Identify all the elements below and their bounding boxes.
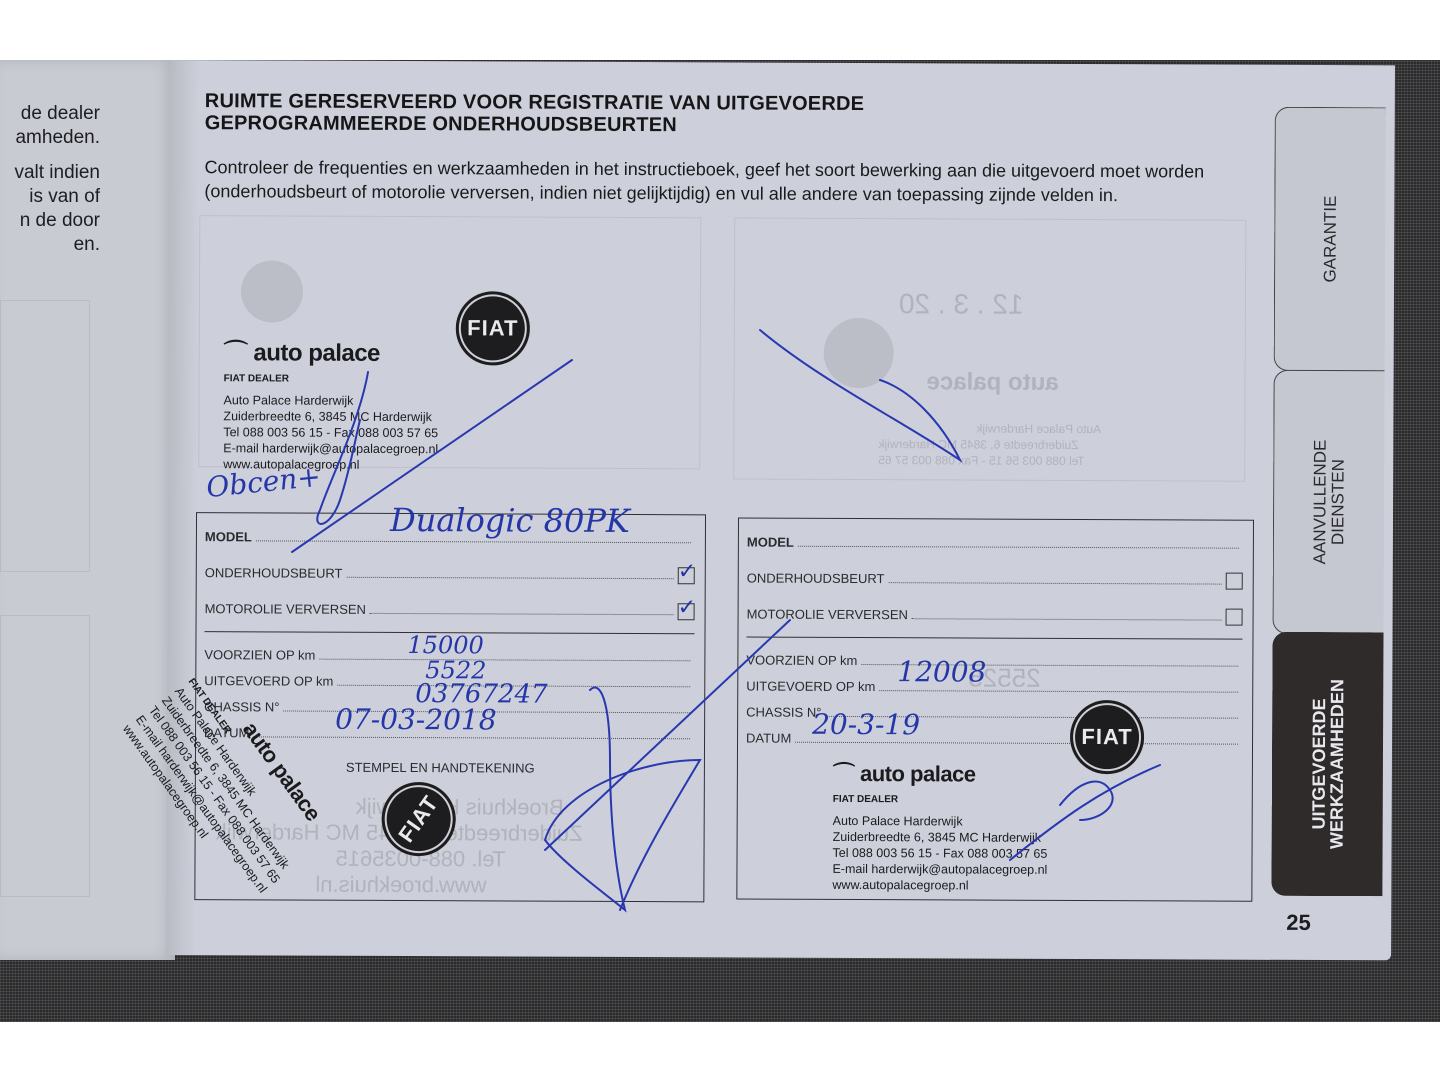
maintenance-row: ONDERHOUDSBEURT <box>747 571 1243 588</box>
dealer-email: E-mail harderwijk@autopalacegroep.nl <box>223 440 438 457</box>
leader-dots <box>370 613 674 615</box>
car-swoosh-icon: ⌒ <box>833 761 860 786</box>
leader-dots <box>888 582 1221 584</box>
dealer-address: Zuiderbreedte 6, 3845 MC Harderwijk <box>223 408 438 425</box>
handwritten-date: 07-03-2018 <box>335 703 497 737</box>
planned-km-label: VOORZIEN OP km <box>746 653 857 668</box>
page-heading: RUIMTE GERESERVEERD VOOR REGISTRATIE VAN… <box>205 90 1005 137</box>
oil-change-label: MOTOROLIE VERVERSEN <box>747 607 908 623</box>
ghost-stamp-brand: auto palace <box>927 368 1059 397</box>
stamp-label-row: STEMPEL EN HANDTEKENING <box>346 760 694 777</box>
ghost-box <box>0 615 90 897</box>
tab-aanvullende-diensten[interactable]: AANVULLENDE DIENSTEN <box>1273 370 1385 634</box>
date-field[interactable] <box>253 736 690 739</box>
model-row: MODEL <box>747 535 1243 552</box>
ghost-stamp-address: Zuiderbreedte 6, 3845 MC Harderwijk <box>878 437 1078 452</box>
dealer-name: Auto Palace Harderwijk <box>223 392 438 409</box>
divider <box>746 637 1242 640</box>
maintenance-row: ONDERHOUDSBEURT <box>205 565 695 582</box>
dealer-tag: FIAT DEALER <box>833 794 1048 806</box>
fiat-logo-faded <box>241 260 303 322</box>
tab-label: UITGEVOERDE WERKZAAMHEDEN <box>1310 679 1347 849</box>
date-field[interactable] <box>795 742 1238 745</box>
performed-km-field[interactable] <box>879 690 1238 693</box>
ghost-box <box>0 300 90 572</box>
handwritten-date: 20-3-19 <box>812 708 920 741</box>
maintenance-checkbox[interactable] <box>1226 573 1243 590</box>
model-label: MODEL <box>747 535 794 550</box>
leader-dots <box>912 618 1222 620</box>
fiat-logo-faded <box>824 318 894 388</box>
tab-label: GARANTIE <box>1321 196 1339 283</box>
handwritten-planned-km: 15000 <box>407 631 483 659</box>
right-page: RUIMTE GERESERVEERD VOOR REGISTRATIE VAN… <box>166 60 1395 960</box>
fiat-logo: FIAT <box>456 291 530 365</box>
stamp-signature-label: STEMPEL EN HANDTEKENING <box>346 760 535 776</box>
tab-label: AANVULLENDE DIENSTEN <box>1311 440 1348 565</box>
dealer-phone: Tel 088 003 56 15 - Fax 088 003 57 65 <box>223 424 438 441</box>
oil-change-row: MOTOROLIE VERVERSEN <box>205 601 695 618</box>
left-paragraph-2: valt indien is van of n de door en. <box>0 161 100 257</box>
fiat-logo-text: FIAT <box>467 315 518 341</box>
maintenance-label: ONDERHOUDSBEURT <box>205 565 343 581</box>
dealer-brand: ⌒ auto palace <box>224 332 439 368</box>
fiat-logo-text: FIAT <box>393 791 444 848</box>
model-field[interactable] <box>798 546 1239 549</box>
oil-change-checkbox[interactable] <box>1226 609 1243 626</box>
left-page: de dealer amheden. valt indien is van of… <box>0 60 175 960</box>
dealer-email: E-mail harderwijk@autopalacegroep.nl <box>832 861 1047 878</box>
maintenance-label: ONDERHOUDSBEURT <box>747 571 885 587</box>
fiat-logo: FIAT <box>1070 700 1144 774</box>
tab-garantie[interactable]: GARANTIE <box>1274 107 1386 371</box>
dealer-tag: FIAT DEALER <box>224 373 439 385</box>
oil-change-checkbox[interactable] <box>678 603 695 620</box>
handwritten-performed-km: 12008 <box>897 655 986 688</box>
left-paragraph-1: de dealer amheden. <box>0 102 100 150</box>
page-number: 25 <box>1286 910 1311 936</box>
dealer-name: Auto Palace Harderwijk <box>833 813 1048 830</box>
ghost-number: 12 . 3 . 20 <box>899 288 1024 321</box>
intro-text: Controleer de frequenties en werkzaamhed… <box>204 155 1254 208</box>
photo: de dealer amheden. valt indien is van of… <box>0 60 1440 1022</box>
date-label: DATUM <box>746 731 791 746</box>
model-field[interactable] <box>256 540 691 543</box>
dealer-phone: Tel 088 003 56 15 - Fax 088 003 57 65 <box>833 845 1048 862</box>
dealer-website: www.autopalacegroep.nl <box>832 877 1047 894</box>
tab-uitgevoerde-werkzaamheden[interactable]: UITGEVOERDE WERKZAAMHEDEN <box>1271 632 1383 896</box>
model-label: MODEL <box>205 529 252 544</box>
ghost-stamp-name: Auto Palace Harderwijk <box>976 422 1101 437</box>
handwritten-model: Dualogic 80PK <box>390 501 630 540</box>
left-page-text: de dealer amheden. valt indien is van of… <box>0 102 100 268</box>
dealer-brand: ⌒ auto palace <box>833 757 1048 789</box>
oil-change-label: MOTOROLIE VERVERSEN <box>205 601 366 617</box>
fiat-logo-text: FIAT <box>1081 724 1132 750</box>
ghost-stamp-phone: Tel 088 003 56 15 - Fax 088 003 57 65 <box>878 453 1084 468</box>
car-swoosh-icon: ⌒ <box>224 339 254 366</box>
planned-km-field[interactable] <box>319 659 690 662</box>
oil-change-row: MOTOROLIE VERVERSEN <box>747 607 1243 624</box>
maintenance-checkbox[interactable] <box>678 567 695 584</box>
performed-km-label: UITGEVOERD OP km <box>746 679 875 695</box>
planned-km-label: VOORZIEN OP km <box>204 647 315 662</box>
dealer-stamp: ⌒ auto palace FIAT DEALER Auto Palace Ha… <box>832 757 1047 894</box>
ghost-dealer-4: www.broekhuis.nl <box>315 872 486 899</box>
chassis-label: CHASSIS N° <box>746 705 821 720</box>
dealer-stamp: ⌒ auto palace FIAT DEALER Auto Palace Ha… <box>223 332 438 473</box>
leader-dots <box>346 577 673 579</box>
dealer-address: Zuiderbreedte 6, 3845 MC Harderwijk <box>833 829 1048 846</box>
